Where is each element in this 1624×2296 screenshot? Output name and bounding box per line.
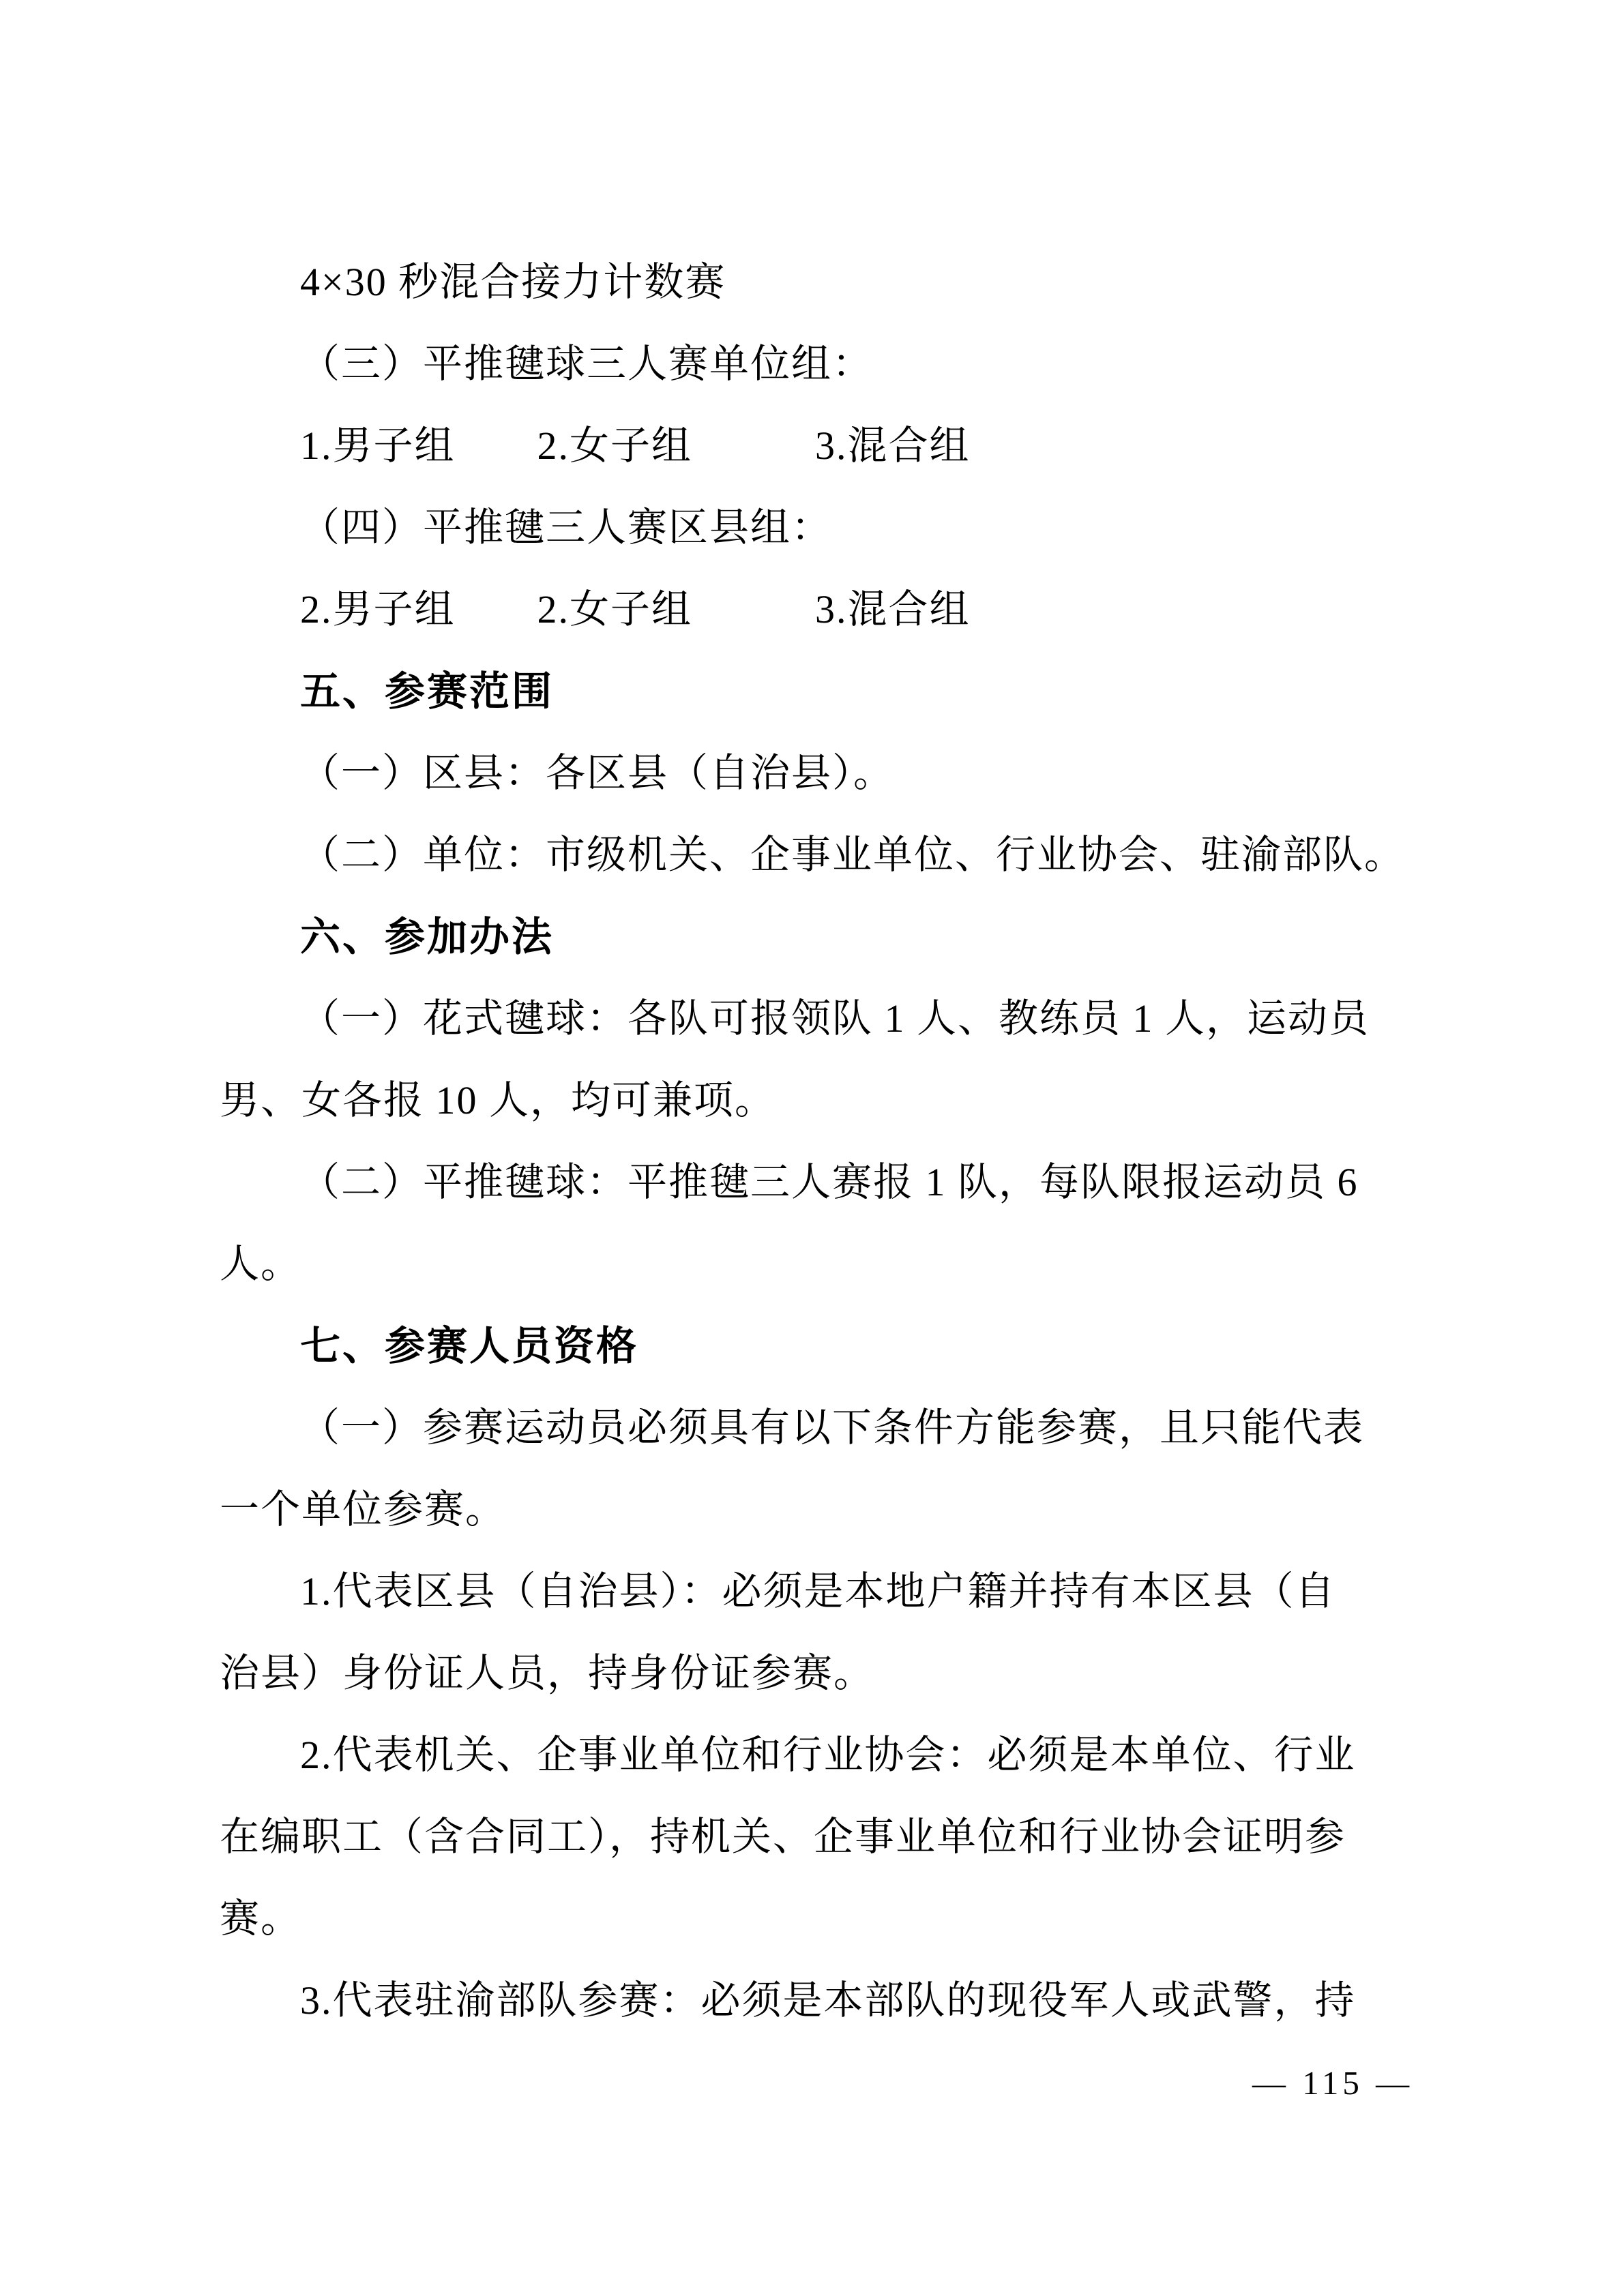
text-line: （三）平推毽球三人赛单位组：: [220, 323, 1447, 405]
text-line: 4×30 秒混合接力计数赛: [220, 241, 1447, 323]
section-heading: 六、参加办法: [220, 896, 1447, 978]
text-line: （四）平推毽三人赛区县组：: [220, 487, 1447, 569]
text-line: （二）平推毽球：平推毽三人赛报 1 队，每队限报运动员 6: [220, 1142, 1447, 1223]
text-line: 2.男子组 2.女子组 3.混合组: [220, 569, 1447, 651]
section-heading: 七、参赛人员资格: [220, 1305, 1447, 1387]
text-line: （一）参赛运动员必须具有以下条件方能参赛，且只能代表: [220, 1387, 1447, 1469]
document-body: 4×30 秒混合接力计数赛 （三）平推毽球三人赛单位组： 1.男子组 2.女子组…: [220, 241, 1447, 2042]
text-line: 1.代表区县（自治县）：必须是本地户籍并持有本区县（自: [220, 1551, 1447, 1632]
text-line: 赛。: [220, 1878, 1447, 1960]
text-line: 男、女各报 10 人，均可兼项。: [220, 1060, 1447, 1142]
text-line: （二）单位：市级机关、企事业单位、行业协会、驻渝部队。: [220, 814, 1447, 896]
page-number: — 115 —: [1252, 2049, 1413, 2117]
text-line: 1.男子组 2.女子组 3.混合组: [220, 405, 1447, 487]
text-line: 在编职工（含合同工），持机关、企事业单位和行业协会证明参: [220, 1796, 1447, 1878]
text-line: 一个单位参赛。: [220, 1469, 1447, 1551]
text-line: 治县）身份证人员，持身份证参赛。: [220, 1632, 1447, 1714]
text-line: 人。: [220, 1223, 1447, 1305]
text-line: 2.代表机关、企事业单位和行业协会：必须是本单位、行业: [220, 1714, 1447, 1796]
document-page: 4×30 秒混合接力计数赛 （三）平推毽球三人赛单位组： 1.男子组 2.女子组…: [0, 0, 1624, 2296]
text-line: （一）区县：各区县（自治县）。: [220, 732, 1447, 814]
text-line: 3.代表驻渝部队参赛：必须是本部队的现役军人或武警，持: [220, 1960, 1447, 2042]
text-line: （一）花式毽球：各队可报领队 1 人、教练员 1 人，运动员: [220, 978, 1447, 1060]
section-heading: 五、参赛范围: [220, 651, 1447, 732]
